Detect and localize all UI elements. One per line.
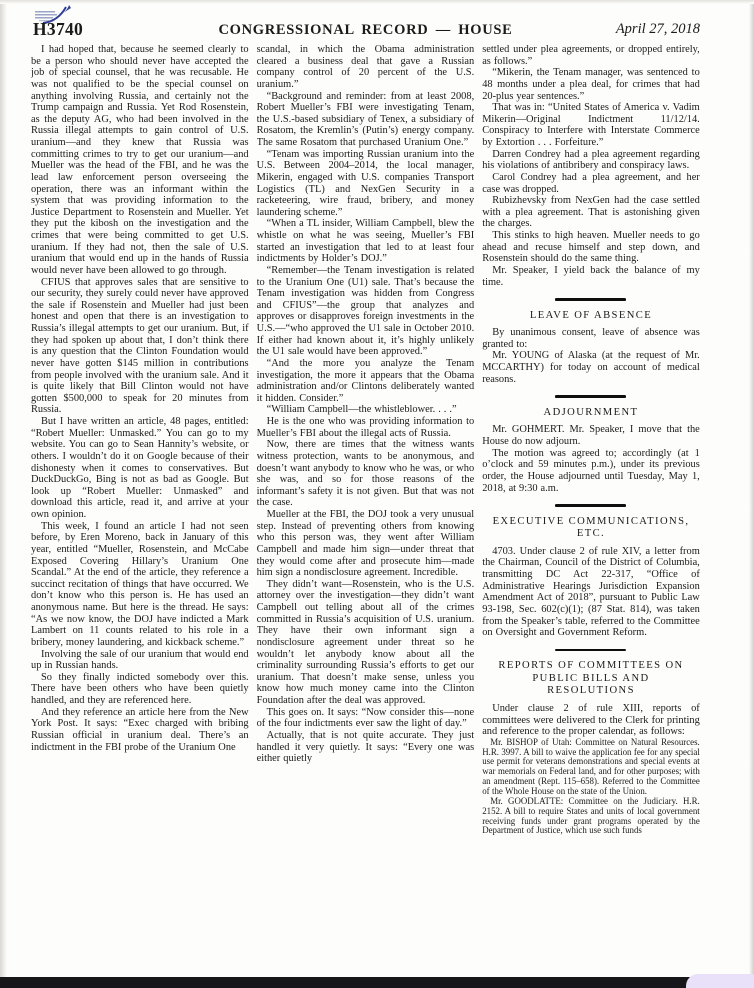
masthead-title: CONGRESSIONAL RECORD — HOUSE (31, 22, 700, 39)
paragraph: “Background and reminder: from at least … (257, 91, 475, 149)
paragraph: The motion was agreed to; accordingly (a… (482, 448, 700, 495)
corner-pill-button[interactable] (686, 974, 754, 988)
paragraph: I had hoped that, because he seemed clea… (31, 44, 249, 277)
paragraph: By unanimous consent, leave of absence w… (482, 327, 700, 350)
paragraph: He is the one who was providing informat… (257, 416, 475, 439)
paragraph: That was in: “United States of America v… (482, 102, 700, 149)
paragraph: So they finally indicted somebody over t… (31, 672, 249, 707)
column-3: settled under plea agreements, or droppe… (482, 44, 700, 936)
paragraph: “Tenam was importing Russian uranium int… (257, 149, 475, 219)
paragraph: This stinks to high heaven. Mueller need… (482, 230, 700, 265)
paragraph: Mr. GOODLATTE: Committee on the Judiciar… (482, 797, 700, 836)
paragraph: Mueller at the FBI, the DOJ took a very … (257, 509, 475, 579)
column-1: I had hoped that, because he seemed clea… (31, 44, 249, 936)
paragraph: 4703. Under clause 2 of rule XIV, a lett… (482, 546, 700, 639)
paragraph: Rubizhevsky from NexGen had the case set… (482, 195, 700, 230)
paragraph: “When a TL insider, William Campbell, bl… (257, 218, 475, 265)
paragraph: settled under plea agreements, or droppe… (482, 44, 700, 67)
scan-edge-left (0, 0, 7, 988)
paragraph: Mr. YOUNG of Alaska (at the request of M… (482, 350, 700, 385)
column-2: scandal, in which the Obama administrati… (257, 44, 475, 936)
issue-date: April 27, 2018 (616, 21, 700, 38)
paragraph: And they reference an article here from … (31, 707, 249, 754)
paragraph: Under clause 2 of rule XIII, reports of … (482, 703, 700, 738)
paragraph: “Remember—the Tenam investigation is rel… (257, 265, 475, 358)
paragraph: Involving the sale of our uranium that w… (31, 649, 249, 672)
scan-edge-right (749, 0, 754, 988)
paragraph: This week, I found an article I had not … (31, 521, 249, 649)
section-rule (555, 649, 626, 652)
paragraph: “Mikerin, the Tenam manager, was sentenc… (482, 67, 700, 102)
paragraph: CFIUS that approves sales that are sensi… (31, 277, 249, 417)
paragraph: But I have written an article, 48 pages,… (31, 416, 249, 521)
paragraph: Actually, that is not quite accurate. Th… (257, 730, 475, 765)
scan-edge-top (0, 0, 754, 4)
paragraph: Darren Condrey had a plea agreement rega… (482, 149, 700, 172)
section-rule (555, 298, 626, 301)
congressional-record-page: { "header": { "page_number": "H3740", "m… (0, 0, 754, 988)
page-columns: I had hoped that, because he seemed clea… (31, 44, 700, 936)
paragraph: Mr. GOHMERT. Mr. Speaker, I move that th… (482, 424, 700, 447)
paragraph: They didn’t want—Rosenstein, who is the … (257, 579, 475, 707)
paragraph: “William Campbell—the whistleblower. . .… (257, 404, 475, 416)
section-heading-reports-of-committees: REPORTS OF COMMITTEES ON PUBLIC BILLS AN… (488, 660, 694, 698)
paragraph: scandal, in which the Obama administrati… (257, 44, 475, 91)
section-rule (555, 395, 626, 398)
paragraph: Carol Condrey had a plea agreement, and … (482, 172, 700, 195)
masthead: H3740 CONGRESSIONAL RECORD — HOUSE April… (31, 18, 700, 42)
section-rule (555, 504, 626, 507)
section-heading-leave-of-absence: LEAVE OF ABSENCE (488, 310, 694, 323)
taskbar-strip (0, 977, 754, 988)
paragraph: Mr. BISHOP of Utah: Committee on Natural… (482, 738, 700, 797)
paragraph: “And the more you analyze the Tenam inve… (257, 358, 475, 405)
paragraph: Mr. Speaker, I yield back the balance of… (482, 265, 700, 288)
paragraph: This goes on. It says: “Now consider thi… (257, 707, 475, 730)
paragraph: Now, there are times that the witness wa… (257, 439, 475, 509)
section-heading-adjournment: ADJOURNMENT (488, 407, 694, 420)
section-heading-executive-communications: EXECUTIVE COMMUNICATIONS, ETC. (488, 516, 694, 541)
